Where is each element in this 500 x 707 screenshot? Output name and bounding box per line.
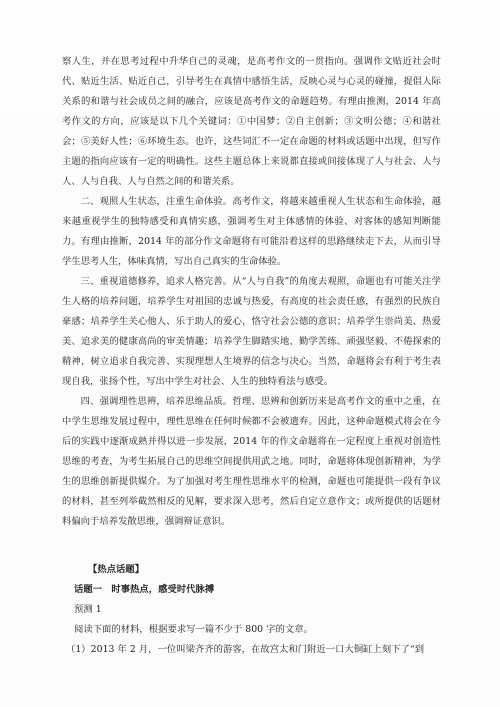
material-item-1: （1）2013 年 2 月，一位叫梁齐齐的游客，在故宫太和门附近一口大铜缸上刻下… [62,640,441,660]
body-paragraph-continuation: 察人生，并在思考过程中升华自己的灵魂，是高考作文的一贯指向。强调作文贴近社会时代… [62,52,441,192]
prediction-label: 预测 1 [62,600,441,620]
hot-topics-section-title: 【热点话题】 [62,560,441,580]
body-paragraph-point-2: 二、观照人生状态，注重生命体验。高考作文，将越来越重视人生状态和生命体验，越来越… [62,192,441,272]
topic-one-heading: 话题一 时事热点，感受时代脉搏 [62,580,441,600]
body-paragraph-point-3: 三、重视道德修养，追求人格完善。从“人与自我”的角度去观照，命题也有可能关注学生… [62,272,441,392]
body-paragraph-point-4: 四、强调理性思辨，培养思维品质。哲理、思辨和创新历来是高考作文的重中之重，在中学… [62,392,441,532]
writing-instruction: 阅读下面的材料，根据要求写一篇不少于 800 字的文章。 [62,620,441,640]
document-text-block: 察人生，并在思考过程中升华自己的灵魂，是高考作文的一贯指向。强调作文贴近社会时代… [62,52,441,660]
section-gap [62,532,441,560]
document-page: 察人生，并在思考过程中升华自己的灵魂，是高考作文的一贯指向。强调作文贴近社会时代… [0,0,500,707]
